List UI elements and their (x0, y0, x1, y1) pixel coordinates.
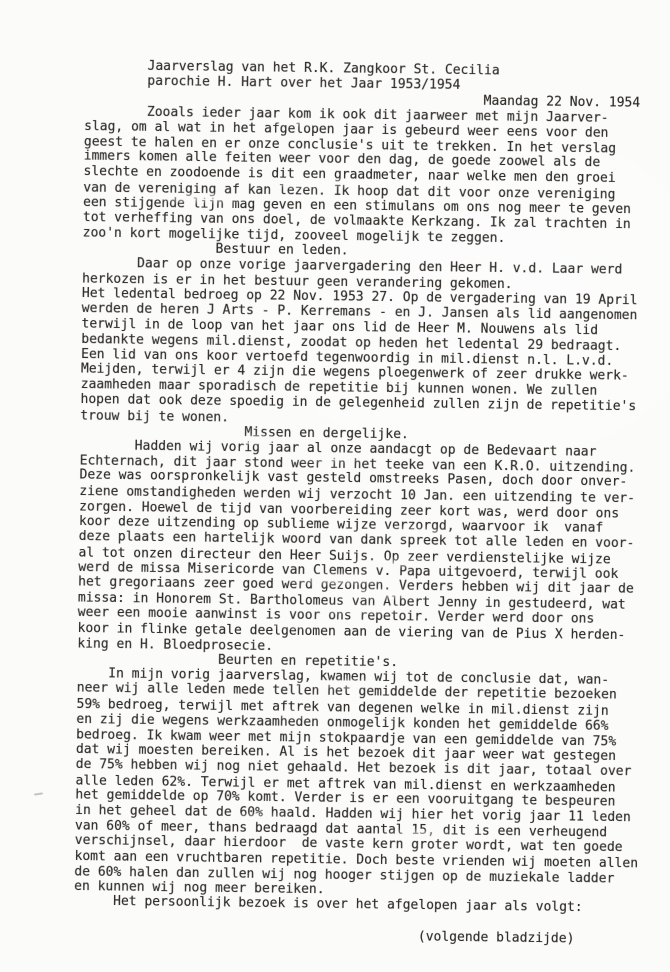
typewritten-text-block: Jaarverslag van het R.K. Zangkoor St. Ce… (73, 58, 664, 947)
document-page: Jaarverslag van het R.K. Zangkoor St. Ce… (0, 0, 670, 972)
scan-speck (34, 792, 43, 795)
